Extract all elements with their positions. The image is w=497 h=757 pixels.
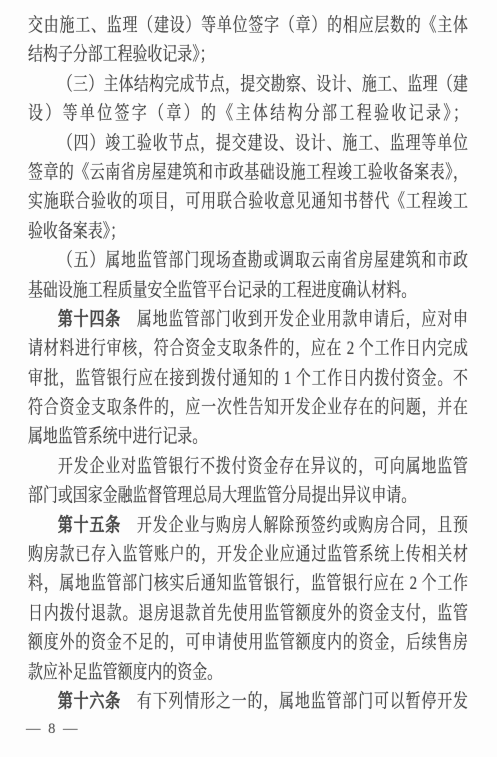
article-number: 第十五条 <box>58 515 121 536</box>
text-line: （三）主体结构完成节点，提交勘察、设计、施工、监理（建 <box>28 70 468 99</box>
text-line: 日内拨付退款。退房退款首先使用监管额度外的资金支付，监管 <box>28 599 468 628</box>
text-line: 购房款已存入监管账户的，开发企业应通过监管系统上传相关材 <box>28 540 468 569</box>
text-line: 部门或国家金融监督管理总局大理监管分局提出异议申请。 <box>28 481 468 510</box>
text-line: 实施联合验收的项目，可用联合验收意见通知书替代《工程竣工 <box>28 187 468 216</box>
article-number: 第十四条 <box>58 309 121 330</box>
text-line: 交由施工、监理（建设）等单位签字（章）的相应层数的《主体 <box>28 11 468 40</box>
text-line: （四）竣工验收节点，提交建设、设计、施工、监理等单位 <box>28 129 468 158</box>
document-text: 交由施工、监理（建设）等单位签字（章）的相应层数的《主体结构子分部工程验收记录》… <box>28 11 468 716</box>
text-line: 审批，监管银行应在接到拨付通知的 1 个工作日内拨付资金。不 <box>28 364 468 393</box>
text-line: （五）属地监管部门现场查勘或调取云南省房屋建筑和市政 <box>28 246 468 275</box>
text-line: 额度外的资金不足的，可申请使用监管额度内的资金，后续售房 <box>28 628 468 657</box>
text-line: 第十五条 开发企业与购房人解除预签约或购房合同，且预 <box>28 511 468 540</box>
text-line: 符合资金支取条件的，应一次性告知开发企业存在的问题，并在 <box>28 393 468 422</box>
text-line: 设）等单位签字（章）的《主体结构分部工程验收记录》； <box>28 99 468 128</box>
text-line: 第十六条 有下列情形之一的，属地监管部门可以暂停开发 <box>28 687 468 716</box>
text-line: 签章的《云南省房屋建筑和市政基础设施工程竣工验收备案表》， <box>28 158 468 187</box>
article-number: 第十六条 <box>58 691 121 712</box>
text-line: 结构子分部工程验收记录》； <box>28 40 468 69</box>
text-line: 款应补足监管额度内的资金。 <box>28 658 468 687</box>
text-line: 验收备案表》； <box>28 217 468 246</box>
document-page: 交由施工、监理（建设）等单位签字（章）的相应层数的《主体结构子分部工程验收记录》… <box>0 0 497 757</box>
text-line: 料，属地监管部门核实后通知监管银行，监管银行应在 2 个工作 <box>28 569 468 598</box>
page-number: — 8 — <box>26 721 80 738</box>
document-lines: 交由施工、监理（建设）等单位签字（章）的相应层数的《主体结构子分部工程验收记录》… <box>28 11 468 716</box>
text-line: 开发企业对监管银行不拨付资金存在异议的，可向属地监管 <box>28 452 468 481</box>
text-line: 属地监管系统中进行记录。 <box>28 422 468 451</box>
text-line: 请材料进行审核，符合资金支取条件的，应在 2 个工作日内完成 <box>28 334 468 363</box>
text-line: 基础设施工程质量安全监管平台记录的工程进度确认材料。 <box>28 276 468 305</box>
text-line: 第十四条 属地监管部门收到开发企业用款申请后，应对申 <box>28 305 468 334</box>
